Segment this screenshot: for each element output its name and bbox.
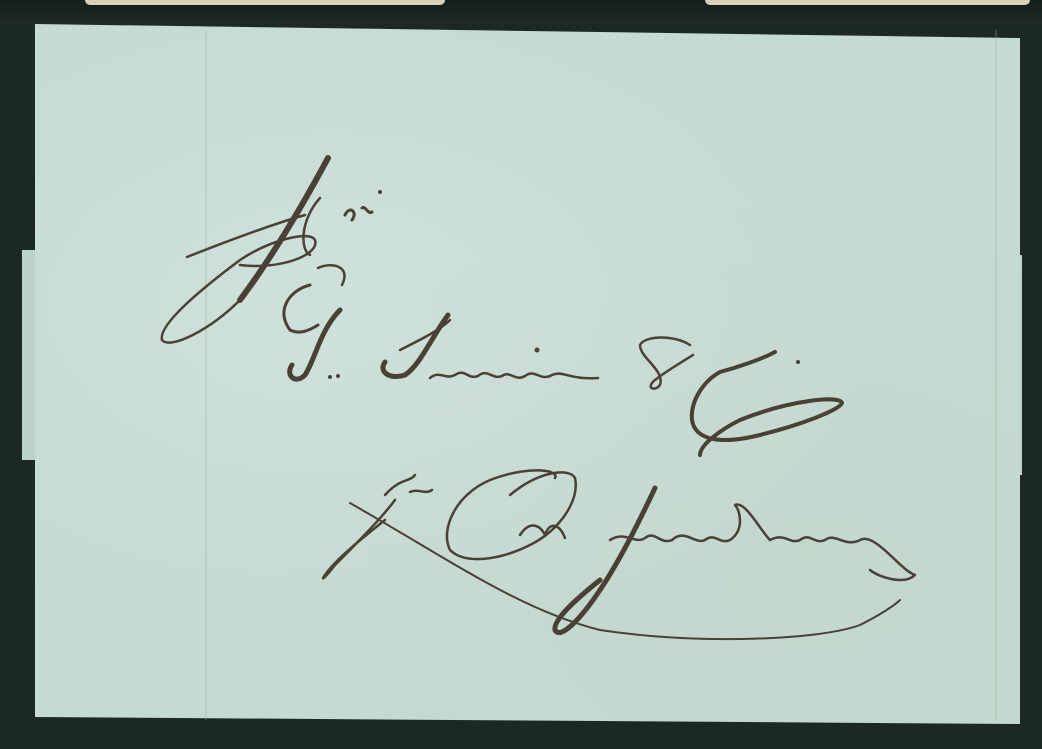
handwriting-line-3 (323, 470, 915, 639)
handwriting-line-2 (284, 265, 842, 455)
handwriting-line-1 (162, 158, 382, 343)
handwriting (0, 0, 1042, 749)
